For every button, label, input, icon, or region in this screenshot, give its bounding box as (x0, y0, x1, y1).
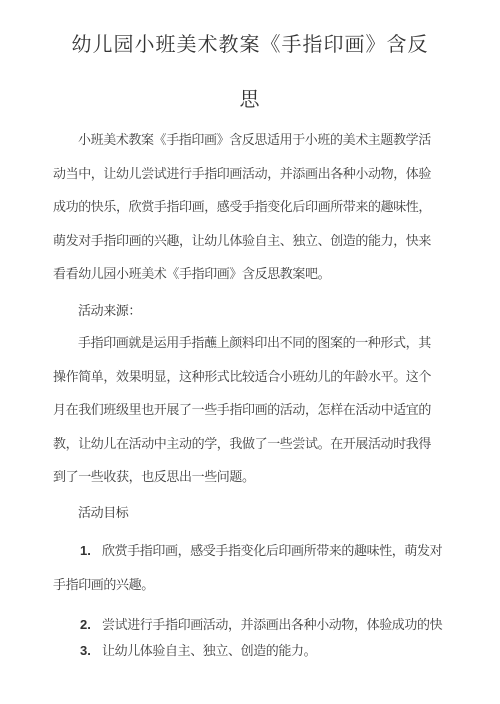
title-line: 思 (0, 73, 500, 128)
list-item: 1.欣赏手指印画，感受手指变化后印画所带来的趣味性，萌发对手指印画的兴趣。 (53, 534, 450, 601)
text-run: 欣赏手指印画，感受手指变化后印画所带来的趣味性，萌发对 (102, 543, 442, 558)
paragraph: 小班美术教案《手指印画》含反思适用于小班的美术主题教学活动当中，让幼儿尝试进行手… (53, 123, 450, 291)
text-run: 看看幼儿园小班美术《手指印画》含反思教案吧。 (53, 266, 330, 281)
text-run: 成功的快乐，欣赏手指印画，感受手指变化后印画所带来的趣味性， (53, 199, 431, 214)
text-run: 萌发对手指印画的兴趣，让幼儿体验自主、独立、创造的能力，快来 (53, 233, 431, 248)
text-run: 小班美术教案《手指印画》含反思适用于小班的美术主题教学活 (78, 132, 431, 147)
list-number: 1. (80, 534, 102, 568)
title-line: 幼儿园小班美术教案《手指印画》含反 (0, 18, 500, 73)
text-line: 手指印画就是运用手指蘸上颜料印出不同的图案的一种形式，其 (53, 326, 450, 360)
text-line: 月在我们班级里也开展了一些手指印画的活动，怎样在活动中适宜的 (53, 393, 450, 427)
text-line: 1.欣赏手指印画，感受手指变化后印画所带来的趣味性，萌发对 (53, 534, 450, 568)
text-line: 看看幼儿园小班美术《手指印画》含反思教案吧。 (53, 257, 450, 291)
document-page: 幼儿园小班美术教案《手指印画》含反 思 小班美术教案《手指印画》含反思适用于小班… (0, 0, 500, 704)
text-line: 活动目标 (53, 496, 450, 530)
text-line: 动当中，让幼儿尝试进行手指印画活动，并添画出各种小动物，体验 (53, 157, 450, 191)
section-heading: 活动来源： (53, 294, 450, 328)
text-run: 到了一些收获，也反思出一些问题。 (53, 469, 255, 484)
list-number: 3. (80, 634, 102, 668)
text-line: 操作简单，效果明显，这种形式比较适合小班幼儿的年龄水平。这个 (53, 360, 450, 394)
text-line: 教，让幼儿在活动中主动的学，我做了一些尝试。在开展活动时我得 (53, 427, 450, 461)
text-run: 活动来源： (78, 303, 141, 318)
text-line: 到了一些收获，也反思出一些问题。 (53, 460, 450, 494)
text-run: 活动目标 (78, 505, 128, 520)
text-line: 小班美术教案《手指印画》含反思适用于小班的美术主题教学活 (53, 123, 450, 157)
text-run: 尝试进行手指印画活动，并添画出各种小动物，体验成功的快 (102, 617, 442, 632)
document-title: 幼儿园小班美术教案《手指印画》含反 思 (0, 18, 500, 128)
text-run: 月在我们班级里也开展了一些手指印画的活动，怎样在活动中适宜的 (53, 402, 431, 417)
document-body: 小班美术教案《手指印画》含反思适用于小班的美术主题教学活动当中，让幼儿尝试进行手… (0, 123, 500, 667)
text-run: 让幼儿体验自主、独立、创造的能力。 (102, 643, 316, 658)
text-run: 手指印画就是运用手指蘸上颜料印出不同的图案的一种形式，其 (78, 335, 431, 350)
text-run: 手指印画的兴趣。 (53, 577, 154, 592)
text-run: 动当中，让幼儿尝试进行手指印画活动，并添画出各种小动物，体验 (53, 166, 431, 181)
section-heading: 活动目标 (53, 496, 450, 530)
text-line: 成功的快乐，欣赏手指印画，感受手指变化后印画所带来的趣味性， (53, 190, 450, 224)
paragraph: 手指印画就是运用手指蘸上颜料印出不同的图案的一种形式，其操作简单，效果明显，这种… (53, 326, 450, 494)
text-line: 萌发对手指印画的兴趣，让幼儿体验自主、独立、创造的能力，快来 (53, 224, 450, 258)
text-line: 手指印画的兴趣。 (53, 568, 450, 602)
text-line: 活动来源： (53, 294, 450, 328)
text-run: 操作简单，效果明显，这种形式比较适合小班幼儿的年龄水平。这个 (53, 369, 431, 384)
text-run: 教，让幼儿在活动中主动的学，我做了一些尝试。在开展活动时我得 (53, 436, 431, 451)
